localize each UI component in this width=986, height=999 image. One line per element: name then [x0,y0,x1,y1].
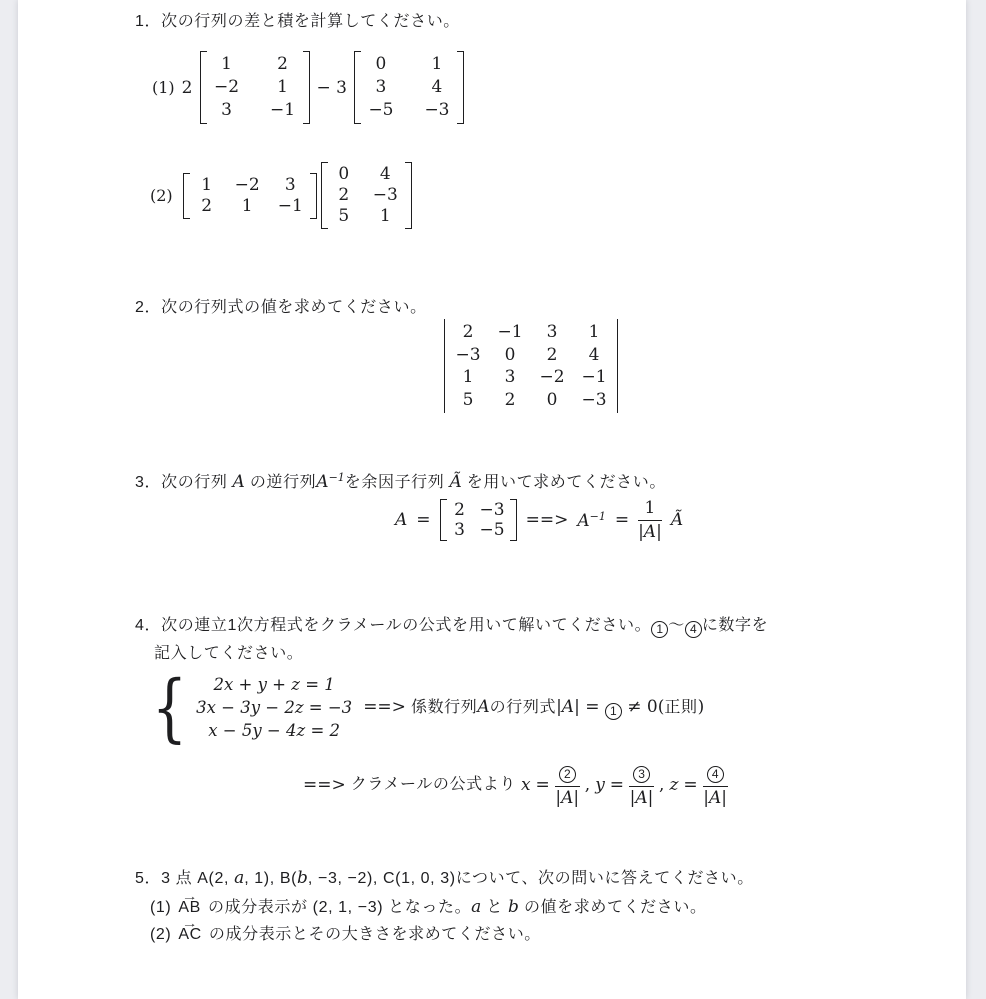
problem3-formula: A = 2−3 3−5 ==> A−1 = 1 |A| Ã [395,498,683,542]
var-A-tilde: Ã [449,472,461,492]
bracket-right [405,162,412,229]
matrix-cell: −1 [270,99,295,122]
regular-label: 正則 [664,699,697,716]
implies-arrow: ==> [526,510,569,530]
part2-label: (2) [150,186,173,205]
part2-label: (2) [150,926,171,943]
matrix-cells: 2−3 3−5 [447,499,510,541]
comma: , [659,775,664,795]
problem4-cramer: ==> クラメールの公式より x = 2 |A| , y = 3 |A| , z… [303,763,728,808]
var-x: x [521,775,531,795]
matrix-cell: 1 [242,196,253,217]
numerator: 2 [555,763,580,787]
circled-1: 1 [605,703,622,720]
matrix-a-cells: 12 −21 3−1 [207,51,303,124]
det-cell: 0 [547,389,558,412]
condition-text: の行列式 [490,699,556,716]
det-cell: 1 [589,321,600,344]
title-text: 4．次の連立1次方程式をクラメールの公式を用いて解いてください。 [135,617,651,634]
matrix-cell: 4 [432,76,443,99]
implies-arrow: ==> [303,775,346,795]
matrix-b: 01 34 −5−3 [354,51,464,124]
equals-sign: = [536,775,550,795]
problem1-part1: (1) 2 12 −21 3−1 − 3 01 34 −5−3 [152,51,464,124]
var-b: b [297,868,308,888]
matrix-cell: 2 [338,185,349,206]
equals-sign: = [683,775,697,795]
worksheet-page: 1．次の行列の差と積を計算してください。 (1) 2 12 −21 3−1 − … [0,0,986,999]
not-equal-zero: ≠ 0( [622,697,665,717]
fraction-1-over-detA: 1 |A| [638,498,662,542]
var-b: b [508,897,519,917]
bracket-left [354,51,361,124]
tilde-range: ～ [668,617,685,634]
matrix-cell: −2 [235,175,260,196]
title-text: 記入してください。 [154,645,303,662]
circled-3: 3 [633,766,650,783]
circled-4: 4 [685,621,702,638]
part1-label: (1) [152,78,175,97]
scalar-coefficient: 2 [182,78,193,98]
det-cell: 2 [547,344,558,367]
problem5-part1: (1) AB の成分表示が (2, 1, −3) となった。a と b の値を求… [150,896,707,919]
bracket-left [440,499,447,541]
fraction-x: 2 |A| [555,763,580,808]
det-cell: 5 [463,389,474,412]
determinant-cells: 2−131 −3024 13−2−1 520−3 [445,319,617,413]
det-cell: −1 [497,321,522,344]
condition-text: 係数行列 [411,699,477,716]
var-A: A [562,697,574,717]
var-A: A [477,697,489,717]
determinant-condition: ==> 係数行列Aの行列式|A| = 1 ≠ 0(正則) [363,696,704,720]
matrix-cell: 0 [338,164,349,185]
operator-minus3: − 3 [317,78,347,98]
circled-4: 4 [707,766,724,783]
matrix-b: 04 2−3 51 [321,162,412,229]
matrix-a-cells: 1−23 21−1 [190,173,310,219]
var-z: z [669,775,678,795]
cramer-text: クラメールの公式より [351,774,516,796]
equation-3: x − 5y − 4z = 2 [208,720,340,742]
problem4-title: 4．次の連立1次方程式をクラメールの公式を用いて解いてください。1～4に数字を … [135,612,768,668]
denominator: |A| [555,787,580,808]
problem2-title: 2．次の行列式の値を求めてください。 [135,297,427,319]
matrix-cell: 1 [380,206,391,227]
equals-sign: = [615,510,629,530]
matrix-cell: 5 [338,206,349,227]
det-cell: −3 [581,389,606,412]
matrix-a: 12 −21 3−1 [200,51,310,124]
denominator: |A| [629,787,654,808]
denominator: |A| [703,787,728,808]
title-text: 5．3 点 A(2, [135,870,234,887]
problem5-part2: (2) AC の成分表示とその大きさを求めてください。 [150,924,541,946]
part1-label: (1) [150,899,171,916]
title-text: , 1), B( [244,870,297,887]
det-cell: −1 [581,366,606,389]
fraction-y: 3 |A| [629,763,654,808]
problem4-system: { 2x + y + z = 1 3x − 3y − 2z = −3 x − 5… [146,674,704,742]
var-A: A [395,510,407,530]
problem1-part2: (2) 1−23 21−1 04 2−3 51 [150,162,412,229]
matrix-cell: 3 [376,76,387,99]
abs-bar-equals: | = [574,697,605,717]
matrix-cell: 2 [277,53,288,76]
numerator: 4 [703,763,728,787]
vector-AC: AC [178,924,201,946]
paren-close: ) [698,697,705,717]
numerator: 3 [629,763,654,787]
system-brace: { [152,677,187,739]
var-a: a [471,897,481,917]
circled-2: 2 [559,766,576,783]
var-y: y [595,775,605,795]
var-A: A [233,472,245,492]
matrix-cell: 3 [221,99,232,122]
var-a: a [234,868,244,888]
matrix-b-cells: 04 2−3 51 [328,162,405,229]
matrix-2x2: 2−3 3−5 [440,499,517,541]
problem3-title: 3．次の行列 A の逆行列A−1を余因子行列 Ã を用いて求めてください。 [135,467,666,494]
det-cell: 3 [547,321,558,344]
bracket-left [321,162,328,229]
fraction-z: 4 |A| [703,763,728,808]
var-A-tilde: Ã [671,510,683,530]
determinant-bar-right [617,319,618,413]
var-A-inverse: A−1 [577,510,606,531]
bracket-right [457,51,464,124]
matrix-cell: −1 [278,196,303,217]
matrix-cell: 3 [285,175,296,196]
problem2-determinant: 2−131 −3024 13−2−1 520−3 [444,319,618,413]
matrix-cell: 2 [201,196,212,217]
implies-arrow: ==> [363,697,406,717]
title-text: の逆行列 [245,474,316,491]
title-line2: 記入してください。 [135,640,768,668]
title-text: を余因子行列 [345,474,450,491]
equals-sign: = [416,510,430,530]
denominator: |A| [638,521,662,542]
title-text: を用いて求めてください。 [462,474,666,491]
matrix-cell: −3 [424,99,449,122]
matrix-cell: 4 [380,164,391,185]
problem5-title: 5．3 点 A(2, a, 1), B(b, −3, −2), C(1, 0, … [135,867,754,890]
bracket-right [510,499,517,541]
bracket-left [183,173,190,219]
var-A-inverse: A−1 [316,472,345,492]
det-cell: 3 [505,366,516,389]
comma: , [585,775,590,795]
matrix-cell: 0 [376,53,387,76]
equation-1: 2x + y + z = 1 [214,674,335,696]
det-cell: −2 [539,366,564,389]
question-text: と [481,899,508,916]
question-text: の成分表示とその大きさを求めてください。 [204,926,541,943]
equation-column: 2x + y + z = 1 3x − 3y − 2z = −3 x − 5y … [196,674,352,742]
bracket-right [310,173,317,219]
matrix-cell: 2 [454,500,465,520]
matrix-cell: −3 [480,500,505,520]
equation-2: 3x − 3y − 2z = −3 [196,697,352,719]
circled-1: 1 [651,621,668,638]
title-text: , −3, −2), C(1, 0, 3)について、次の問いに答えてください。 [308,870,754,887]
matrix-a: 1−23 21−1 [183,173,317,219]
bracket-right [303,51,310,124]
det-cell: −3 [455,344,480,367]
bracket-left [200,51,207,124]
title-line1: 4．次の連立1次方程式をクラメールの公式を用いて解いてください。1～4に数字を [135,612,768,640]
det-cell: 0 [505,344,516,367]
vector-label: AC [178,926,201,943]
numerator: 1 [638,498,662,521]
matrix-cell: −5 [368,99,393,122]
det-cell: 4 [589,344,600,367]
matrix-cell: 3 [454,520,465,540]
matrix-cell: −2 [214,76,239,99]
matrix-cell: 1 [277,76,288,99]
matrix-cell: 1 [432,53,443,76]
matrix-b-cells: 01 34 −5−3 [361,51,457,124]
matrix-cell: −3 [373,185,398,206]
question-text: の成分表示が (2, 1, −3) となった。 [203,899,471,916]
det-cell: 2 [463,321,474,344]
det-cell: 1 [463,366,474,389]
det-cell: 2 [505,389,516,412]
equals-sign: = [610,775,624,795]
matrix-cell: 1 [201,175,212,196]
problem1-title: 1．次の行列の差と積を計算してください。 [135,11,460,33]
question-text: の値を求めてください。 [519,899,707,916]
matrix-cell: 1 [221,53,232,76]
title-text: に数字を [702,617,768,634]
title-text: 3．次の行列 [135,474,233,491]
matrix-cell: −5 [480,520,505,540]
